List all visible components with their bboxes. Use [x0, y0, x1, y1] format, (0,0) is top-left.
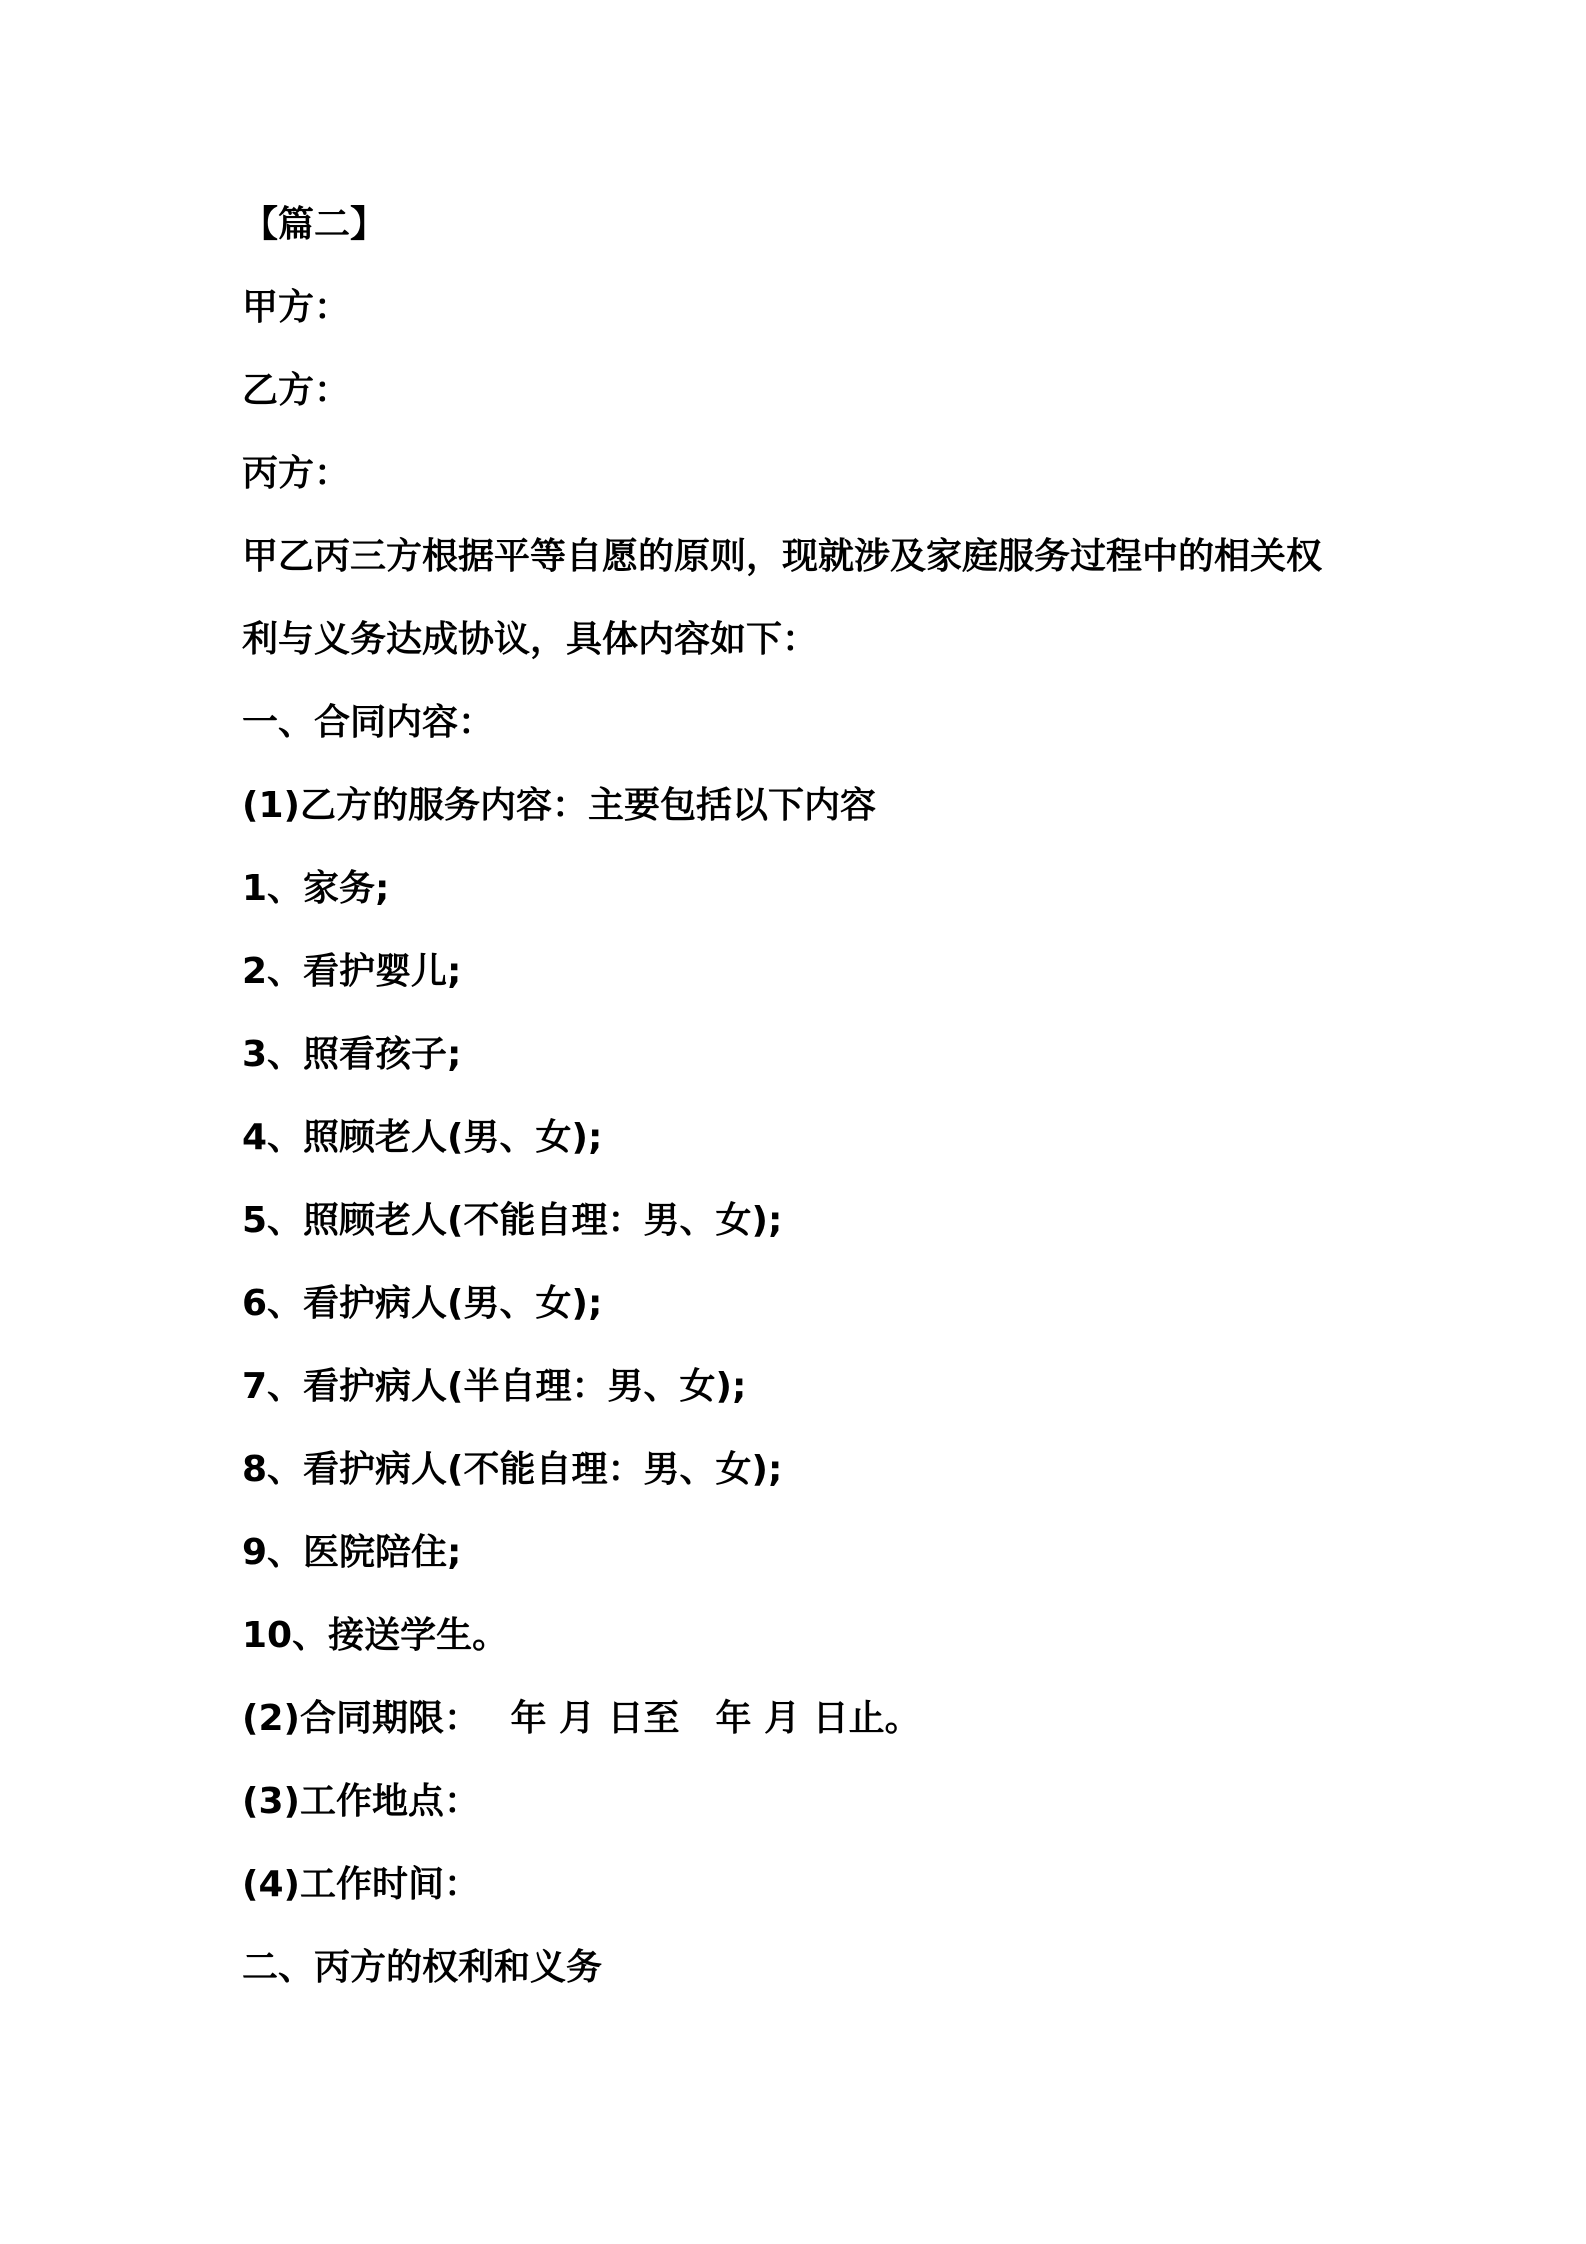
clause-3-work-location: (3)工作地点： — [242, 1760, 1406, 1843]
clause-2-contract-term: (2)合同期限： 年 月 日至 年 月 日止。 — [242, 1677, 1406, 1760]
party-a-label: 甲方： — [242, 266, 1406, 349]
document-body: 【篇二】甲方：乙方：丙方：甲乙丙三方根据平等自愿的原则，现就涉及家庭服务过程中的… — [242, 183, 1406, 2009]
service-item-9: 9、医院陪住; — [242, 1511, 1406, 1594]
service-item-6: 6、看护病人(男、女); — [242, 1262, 1406, 1345]
service-item-10: 10、接送学生。 — [242, 1594, 1406, 1677]
section-2-heading: 二、丙方的权利和义务 — [242, 1926, 1406, 2009]
clause-1-service-content: (1)乙方的服务内容：主要包括以下内容 — [242, 764, 1406, 847]
section-1-heading: 一、合同内容： — [242, 681, 1406, 764]
document-page: 【篇二】甲方：乙方：丙方：甲乙丙三方根据平等自愿的原则，现就涉及家庭服务过程中的… — [0, 0, 1586, 2244]
doc-title-marker: 【篇二】 — [242, 183, 1406, 266]
preamble-line-1: 甲乙丙三方根据平等自愿的原则，现就涉及家庭服务过程中的相关权 — [242, 515, 1406, 598]
service-item-1: 1、家务; — [242, 847, 1406, 930]
party-b-label: 乙方： — [242, 349, 1406, 432]
service-item-7: 7、看护病人(半自理：男、女); — [242, 1345, 1406, 1428]
service-item-2: 2、看护婴儿; — [242, 930, 1406, 1013]
clause-4-work-time: (4)工作时间： — [242, 1843, 1406, 1926]
service-item-4: 4、照顾老人(男、女); — [242, 1096, 1406, 1179]
service-item-5: 5、照顾老人(不能自理：男、女); — [242, 1179, 1406, 1262]
party-c-label: 丙方： — [242, 432, 1406, 515]
service-item-8: 8、看护病人(不能自理：男、女); — [242, 1428, 1406, 1511]
service-item-3: 3、照看孩子; — [242, 1013, 1406, 1096]
preamble-line-2: 利与义务达成协议，具体内容如下： — [242, 598, 1406, 681]
